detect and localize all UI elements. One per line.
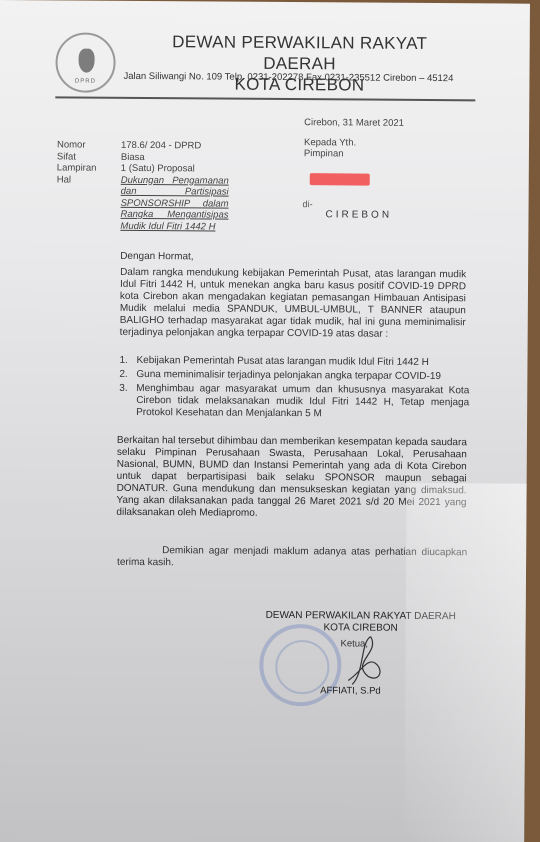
- letterhead-address: Jalan Siliwangi No. 109 Telp. 0231-20227…: [123, 71, 453, 84]
- list-item: 2. Guna meminimalisir terjadinya pelonja…: [119, 369, 469, 383]
- lampiran-label: Lampiran: [57, 162, 121, 174]
- letterhead-title: DEWAN PERWAKILAN RAKYAT DAERAH KOTA CIRE…: [139, 31, 459, 96]
- hal-line: Mudik Idul Fitri 1442 H: [120, 220, 228, 232]
- list-item: 3. Menghimbau agar masyarakat umum dan k…: [119, 383, 469, 421]
- closing-text: Demikian agar menjadi maklum adanya atas…: [117, 545, 467, 568]
- redacted-recipient-name: [310, 173, 370, 185]
- hal-line: dan Partisipasi: [121, 186, 229, 198]
- list-item: 1. Kebijakan Pemerintah Pusat atas laran…: [119, 355, 469, 369]
- greeting: Dengan Hormat,: [120, 251, 466, 265]
- nomor-label: Nomor: [57, 139, 121, 151]
- sifat-value: Biasa: [121, 151, 229, 163]
- hal-label: Hal: [56, 174, 120, 232]
- recipient-to: Kepada Yth.: [304, 137, 404, 149]
- paragraph-intro: Dalam rangka mendukung kebijakan Pemerin…: [120, 267, 466, 341]
- institution-name: DEWAN PERWAKILAN RAKYAT DAERAH: [139, 31, 459, 75]
- emblem-icon: [78, 49, 94, 73]
- signature-block: DEWAN PERWAKILAN RAKYAT DAERAH KOTA CIRE…: [246, 610, 476, 636]
- recipient-block: Cirebon, 31 Maret 2021 Kepada Yth. Pimpi…: [304, 117, 404, 160]
- light-glare: [404, 483, 527, 842]
- letter-date: Cirebon, 31 Maret 2021: [304, 117, 404, 129]
- basis-list: 1. Kebijakan Pemerintah Pusat atas laran…: [119, 355, 469, 423]
- list-text: Kebijakan Pemerintah Pusat atas larangan…: [136, 355, 469, 369]
- hal-line: Dukungan Pengamanan: [121, 174, 229, 186]
- recipient-title: Pimpinan: [304, 148, 404, 160]
- dprd-logo-icon: DPRD: [55, 32, 115, 92]
- sifat-label: Sifat: [57, 151, 121, 163]
- paragraph-sponsorship: Berkaitan hal tersebut dihimbau dan memb…: [116, 435, 467, 521]
- meta-hal: Hal Dukungan Pengamanan dan Partisipasi …: [56, 174, 228, 233]
- list-number: 1.: [119, 355, 136, 367]
- handwritten-signature-icon: [340, 632, 390, 692]
- recipient-city: CIREBON: [325, 209, 392, 220]
- hal-value: Dukungan Pengamanan dan Partisipasi SPON…: [120, 174, 228, 232]
- paragraph-closing: Demikian agar menjadi maklum adanya atas…: [117, 545, 467, 571]
- list-number: 3.: [119, 383, 136, 419]
- lampiran-value: 1 (Satu) Proposal: [121, 163, 229, 175]
- nomor-value: 178.6/ 204 - DPRD: [121, 140, 229, 152]
- list-text: Guna meminimalisir terjadinya pelonjakan…: [136, 369, 469, 383]
- hal-line: SPONSORSHIP dalam: [121, 197, 229, 209]
- logo-text: DPRD: [75, 79, 96, 85]
- list-text: Menghimbau agar masyarakat umum dan khus…: [136, 383, 469, 421]
- list-number: 2.: [119, 369, 136, 381]
- recipient-di: di-: [303, 199, 313, 209]
- signature-institution: DEWAN PERWAKILAN RAKYAT DAERAH: [246, 610, 476, 624]
- letter-page: DPRD DEWAN PERWAKILAN RAKYAT DAERAH KOTA…: [0, 0, 530, 842]
- letterhead-divider: [55, 96, 475, 101]
- letter-meta: Nomor 178.6/ 204 - DPRD Sifat Biasa Lamp…: [56, 139, 229, 232]
- signer-name: AFFIATI, S.Pd: [320, 685, 381, 696]
- hal-line: Rangka Mengantisipas: [120, 209, 228, 221]
